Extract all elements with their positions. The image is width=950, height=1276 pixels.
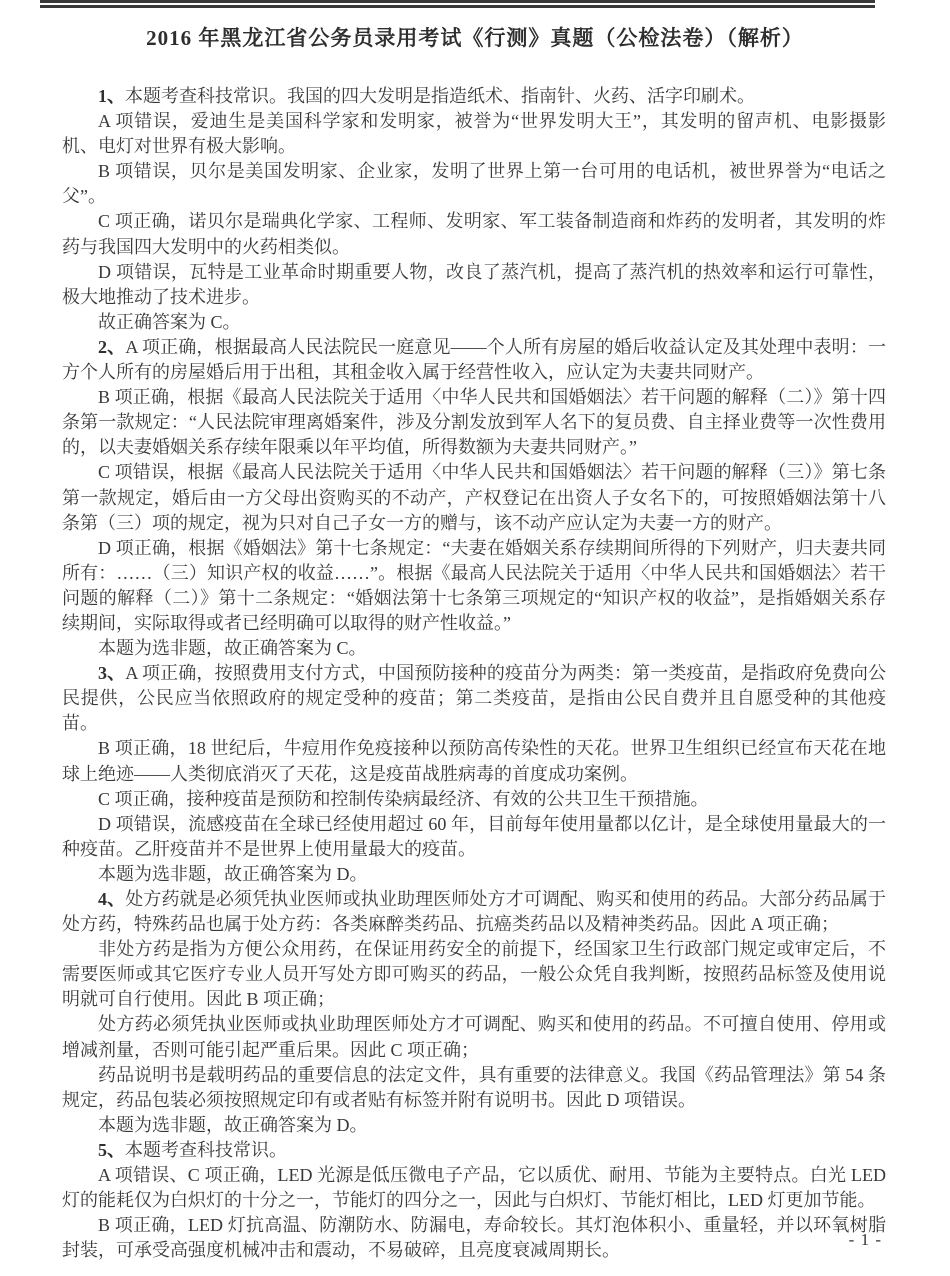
answer-paragraph: D 项错误，流感疫苗在全球已经使用超过 60 年，目前每年使用量都以亿计，是全球… <box>62 812 886 862</box>
paragraph-text: A 项错误，爱迪生是美国科学家和发明家，被誉为“世界发明大王”，其发明的留声机、… <box>62 111 886 156</box>
paragraph-text: C 项正确，接种疫苗是预防和控制传染病最经济、有效的公共卫生干预措施。 <box>98 789 709 809</box>
paragraph-text: 本题考查科技常识。我国的四大发明是指造纸术、指南针、火药、活字印刷术。 <box>125 86 755 106</box>
paragraph-text: D 项错误，流感疫苗在全球已经使用超过 60 年，目前每年使用量都以亿计，是全球… <box>62 814 886 859</box>
paragraph-text: 故正确答案为 C。 <box>98 312 241 332</box>
answer-paragraph: A 项错误、C 项正确，LED 光源是低压微电子产品，它以质优、耐用、节能为主要… <box>62 1163 886 1213</box>
answer-paragraph: C 项正确，接种疫苗是预防和控制传染病最经济、有效的公共卫生干预措施。 <box>62 787 886 812</box>
document-body: 1、本题考查科技常识。我国的四大发明是指造纸术、指南针、火药、活字印刷术。 A … <box>62 84 886 1263</box>
answer-paragraph: A 项错误，爱迪生是美国科学家和发明家，被誉为“世界发明大王”，其发明的留声机、… <box>62 109 886 159</box>
answer-paragraph: 2、A 项正确，根据最高人民法院民一庭意见——个人所有房屋的婚后收益认定及其处理… <box>62 335 886 385</box>
paragraph-text: 处方药必须凭执业医师或执业助理医师处方才可调配、购买和使用的药品。不可擅自使用、… <box>62 1014 886 1059</box>
answer-paragraph: 非处方药是指为方便公众用药，在保证用药安全的前提下，经国家卫生行政部门规定或审定… <box>62 937 886 1012</box>
paragraph-text: C 项正确，诺贝尔是瑞典化学家、工程师、发明家、军工装备制造商和炸药的发明者，其… <box>62 211 886 256</box>
answer-paragraph: 1、本题考查科技常识。我国的四大发明是指造纸术、指南针、火药、活字印刷术。 <box>62 84 886 109</box>
answer-paragraph: 5、本题考查科技常识。 <box>62 1138 886 1163</box>
question-number: 4、 <box>98 889 125 909</box>
answer-paragraph: 3、A 项正确，按照费用支付方式，中国预防接种的疫苗分为两类：第一类疫苗，是指政… <box>62 661 886 736</box>
answer-paragraph: D 项错误，瓦特是工业革命时期重要人物，改良了蒸汽机，提高了蒸汽机的热效率和运行… <box>62 260 886 310</box>
paragraph-text: 本题为选非题，故正确答案为 D。 <box>98 1115 368 1135</box>
answer-paragraph: B 项正确，根据《最高人民法院关于适用〈中华人民共和国婚姻法〉若干问题的解释（二… <box>62 385 886 460</box>
answer-paragraph: 故正确答案为 C。 <box>62 310 886 335</box>
paragraph-text: C 项错误，根据《最高人民法院关于适用〈中华人民共和国婚姻法〉若干问题的解释（三… <box>62 462 886 532</box>
paragraph-text: 本题为选非题，故正确答案为 C。 <box>98 638 367 658</box>
answer-paragraph: 4、处方药就是必须凭执业医师或执业助理医师处方才可调配、购买和使用的药品。大部分… <box>62 887 886 937</box>
paragraph-text: D 项错误，瓦特是工业革命时期重要人物，改良了蒸汽机，提高了蒸汽机的热效率和运行… <box>62 262 886 307</box>
top-double-rule <box>40 0 875 8</box>
answer-paragraph: B 项正确，18 世纪后，牛痘用作免疫接种以预防高传染性的天花。世界卫生组织已经… <box>62 736 886 786</box>
answer-paragraph: C 项错误，根据《最高人民法院关于适用〈中华人民共和国婚姻法〉若干问题的解释（三… <box>62 460 886 535</box>
answer-paragraph: C 项正确，诺贝尔是瑞典化学家、工程师、发明家、军工装备制造商和炸药的发明者，其… <box>62 209 886 259</box>
answer-paragraph: 药品说明书是载明药品的重要信息的法定文件，具有重要的法律意义。我国《药品管理法》… <box>62 1063 886 1113</box>
answer-paragraph: B 项错误，贝尔是美国发明家、企业家，发明了世界上第一台可用的电话机，被世界誉为… <box>62 159 886 209</box>
paragraph-text: A 项正确，根据最高人民法院民一庭意见——个人所有房屋的婚后收益认定及其处理中表… <box>62 337 886 382</box>
paragraph-text: 本题考查科技常识。 <box>125 1140 287 1160</box>
question-number: 3、 <box>98 663 125 683</box>
paragraph-text: 本题为选非题，故正确答案为 D。 <box>98 864 368 884</box>
page-number: - 1 - <box>849 1230 882 1250</box>
paragraph-text: A 项正确，按照费用支付方式，中国预防接种的疫苗分为两类：第一类疫苗，是指政府免… <box>62 663 886 733</box>
paragraph-text: B 项正确，根据《最高人民法院关于适用〈中华人民共和国婚姻法〉若干问题的解释（二… <box>62 387 886 457</box>
paragraph-text: B 项正确，18 世纪后，牛痘用作免疫接种以预防高传染性的天花。世界卫生组织已经… <box>62 738 886 783</box>
question-number: 5、 <box>98 1140 125 1160</box>
paragraph-text: A 项错误、C 项正确，LED 光源是低压微电子产品，它以质优、耐用、节能为主要… <box>62 1165 886 1210</box>
question-number: 2、 <box>98 337 125 357</box>
paragraph-text: 药品说明书是载明药品的重要信息的法定文件，具有重要的法律意义。我国《药品管理法》… <box>62 1065 886 1110</box>
answer-paragraph: 本题为选非题，故正确答案为 D。 <box>62 862 886 887</box>
answer-paragraph: D 项正确，根据《婚姻法》第十七条规定：“夫妻在婚姻关系存续期间所得的下列财产，… <box>62 536 886 636</box>
document-page: 2016 年黑龙江省公务员录用考试《行测》真题（公检法卷）（解析） 1、本题考查… <box>0 0 950 1276</box>
question-number: 1、 <box>98 86 125 106</box>
paragraph-text: 处方药就是必须凭执业医师或执业助理医师处方才可调配、购买和使用的药品。大部分药品… <box>62 889 886 934</box>
paragraph-text: B 项正确，LED 灯抗高温、防潮防水、防漏电，寿命较长。其灯泡体积小、重量轻，… <box>62 1215 886 1260</box>
paragraph-text: 非处方药是指为方便公众用药，在保证用药安全的前提下，经国家卫生行政部门规定或审定… <box>62 939 886 1009</box>
answer-paragraph: B 项正确，LED 灯抗高温、防潮防水、防漏电，寿命较长。其灯泡体积小、重量轻，… <box>62 1213 886 1263</box>
paragraph-text: D 项正确，根据《婚姻法》第十七条规定：“夫妻在婚姻关系存续期间所得的下列财产，… <box>62 538 886 633</box>
answer-paragraph: 本题为选非题，故正确答案为 D。 <box>62 1113 886 1138</box>
paragraph-text: B 项错误，贝尔是美国发明家、企业家，发明了世界上第一台可用的电话机，被世界誉为… <box>62 161 886 206</box>
answer-paragraph: 处方药必须凭执业医师或执业助理医师处方才可调配、购买和使用的药品。不可擅自使用、… <box>62 1012 886 1062</box>
answer-paragraph: 本题为选非题，故正确答案为 C。 <box>62 636 886 661</box>
